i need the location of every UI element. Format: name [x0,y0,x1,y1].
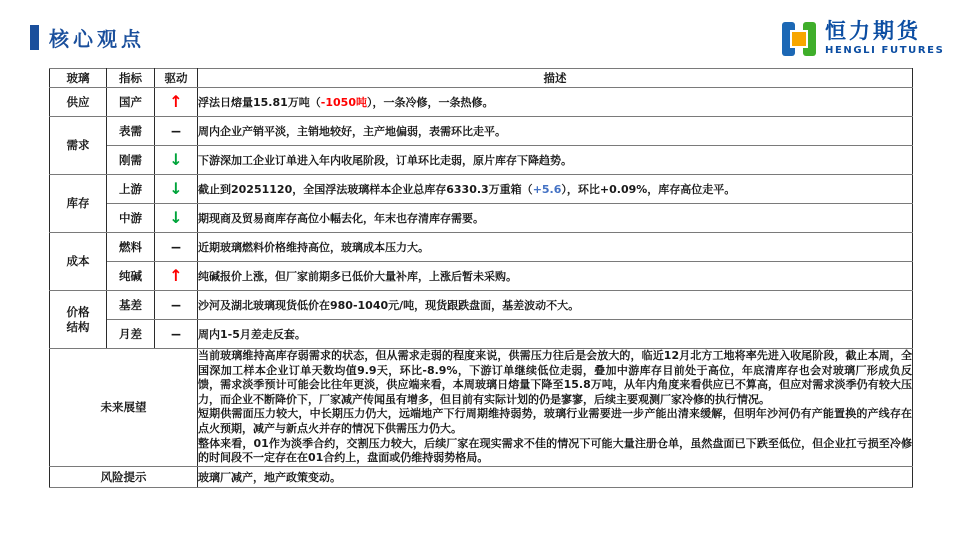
description-cell: 浮法日熔量15.81万吨（-1050吨），一条冷修，一条热修。 [198,88,913,117]
indicator-cell: 中游 [107,204,155,233]
driver-cell: − [155,291,198,320]
driver-cell: − [155,117,198,146]
table-row: 需求表需−周内企业产销平淡，主销地较好，主产地偏弱，表需环比走平。 [50,117,913,146]
indicator-cell: 纯碱 [107,262,155,291]
driver-cell: ↓ [155,204,198,233]
description-text: 周内1-5月差走反套。 [198,328,306,341]
table-row: 月差−周内1-5月差走反套。 [50,320,913,349]
page-title: 核心观点 [49,23,145,52]
group-cell: 库存 [50,175,107,233]
down-arrow-icon: ↓ [169,150,182,169]
description-text: ），环比+0.09%，库存高位走平。 [561,183,735,196]
logo-orange-square [790,30,808,48]
dash-icon: − [170,124,182,140]
indicator-cell: 月差 [107,320,155,349]
description-text: 沙河及湖北玻璃现货低价在980-1040元/吨，现货跟跌盘面，基差波动不大。 [198,299,579,312]
indicator-cell: 上游 [107,175,155,204]
table-row: 刚需↓下游深加工企业订单进入年内收尾阶段，订单环比走弱，原片库存下降趋势。 [50,146,913,175]
description-text: 浮法日熔量15.81万吨（ [198,96,321,109]
driver-cell: ↓ [155,175,198,204]
description-text: ），一条冷修，一条热修。 [367,96,494,109]
group-cell: 供应 [50,88,107,117]
table-row: 成本燃料−近期玻璃燃料价格维持高位，玻璃成本压力大。 [50,233,913,262]
indicator-cell: 国产 [107,88,155,117]
risk-text: 玻璃厂减产，地产政策变动。 [198,466,913,487]
description-cell: 近期玻璃燃料价格维持高位，玻璃成本压力大。 [198,233,913,262]
dash-icon: − [170,240,182,256]
driver-cell: ↓ [155,146,198,175]
description-text: 截止到20251120，全国浮法玻璃样本企业总库存6330.3万重箱（ [198,183,533,196]
brand-name-cn: 恒力期货 [825,21,944,42]
description-text: 下游深加工企业订单进入年内收尾阶段，订单环比走弱，原片库存下降趋势。 [198,154,572,167]
outlook-text: 当前玻璃维持高库存弱需求的状态，但从需求走弱的程度来说，供需压力往后是会放大的，… [198,349,913,467]
table-row: 库存上游↓截止到20251120，全国浮法玻璃样本企业总库存6330.3万重箱（… [50,175,913,204]
table-row: 中游↓期现商及贸易商库存高位小幅去化，年末也存清库存需要。 [50,204,913,233]
outlook-paragraphs: 当前玻璃维持高库存弱需求的状态，但从需求走弱的程度来说，供需压力往后是会放大的，… [198,349,912,466]
description-cell: 截止到20251120，全国浮法玻璃样本企业总库存6330.3万重箱（+5.6）… [198,175,913,204]
highlighted-value: +5.6 [533,183,562,196]
down-arrow-icon: ↓ [169,208,182,227]
core-view-table: 玻璃 指标 驱动 描述 供应国产↑浮法日熔量15.81万吨（-1050吨），一条… [49,68,913,488]
group-cell: 价格 结构 [50,291,107,349]
dash-icon: − [170,327,182,343]
title-accent-bar [30,25,39,50]
indicator-cell: 燃料 [107,233,155,262]
col-header-glass: 玻璃 [50,69,107,88]
indicator-cell: 表需 [107,117,155,146]
outlook-label: 未来展望 [50,349,198,467]
up-arrow-icon: ↑ [169,92,182,111]
brand-name-en: HENGLI FUTURES [825,45,944,56]
outlook-row: 未来展望 当前玻璃维持高库存弱需求的状态，但从需求走弱的程度来说，供需压力往后是… [50,349,913,467]
outlook-paragraph: 当前玻璃维持高库存弱需求的状态，但从需求走弱的程度来说，供需压力往后是会放大的，… [198,349,912,407]
driver-cell: ↑ [155,262,198,291]
risk-row: 风险提示 玻璃厂减产，地产政策变动。 [50,466,913,487]
description-cell: 下游深加工企业订单进入年内收尾阶段，订单环比走弱，原片库存下降趋势。 [198,146,913,175]
description-cell: 周内企业产销平淡，主销地较好，主产地偏弱，表需环比走平。 [198,117,913,146]
highlighted-value: -1050吨 [321,96,367,109]
outlook-paragraph: 整体来看，01作为淡季合约，交割压力较大，后续厂家在现实需求不佳的情况下可能大量… [198,437,912,466]
description-text: 近期玻璃燃料价格维持高位，玻璃成本压力大。 [198,241,429,254]
brand-text: 恒力期货 HENGLI FUTURES [825,21,944,56]
indicator-rows: 供应国产↑浮法日熔量15.81万吨（-1050吨），一条冷修，一条热修。需求表需… [50,88,913,349]
report-slide: 核心观点 恒力期货 HENGLI FUTURES 玻璃 指标 驱动 描述 供应国… [0,0,960,540]
table-row: 纯碱↑纯碱报价上涨，但厂家前期多已低价大量补库，上涨后暂未采购。 [50,262,913,291]
description-text: 纯碱报价上涨，但厂家前期多已低价大量补库，上涨后暂未采购。 [198,270,517,283]
description-cell: 纯碱报价上涨，但厂家前期多已低价大量补库，上涨后暂未采购。 [198,262,913,291]
table-row: 价格 结构基差−沙河及湖北玻璃现货低价在980-1040元/吨，现货跟跌盘面，基… [50,291,913,320]
outlook-paragraph: 短期供需面压力较大，中长期压力仍大，远端地产下行周期维持弱势，玻璃行业需要进一步… [198,407,912,436]
driver-cell: − [155,320,198,349]
col-header-driver: 驱动 [155,69,198,88]
table-header-row: 玻璃 指标 驱动 描述 [50,69,913,88]
hengli-logo-icon [782,22,816,56]
group-cell: 成本 [50,233,107,291]
driver-cell: ↑ [155,88,198,117]
up-arrow-icon: ↑ [169,266,182,285]
description-cell: 沙河及湖北玻璃现货低价在980-1040元/吨，现货跟跌盘面，基差波动不大。 [198,291,913,320]
description-cell: 期现商及贸易商库存高位小幅去化，年末也存清库存需要。 [198,204,913,233]
table-row: 供应国产↑浮法日熔量15.81万吨（-1050吨），一条冷修，一条热修。 [50,88,913,117]
description-text: 期现商及贸易商库存高位小幅去化，年末也存清库存需要。 [198,212,484,225]
group-cell: 需求 [50,117,107,175]
col-header-description: 描述 [198,69,913,88]
indicator-cell: 基差 [107,291,155,320]
brand-logo: 恒力期货 HENGLI FUTURES [782,21,944,56]
driver-cell: − [155,233,198,262]
description-cell: 周内1-5月差走反套。 [198,320,913,349]
col-header-indicator: 指标 [107,69,155,88]
indicator-cell: 刚需 [107,146,155,175]
dash-icon: − [170,298,182,314]
risk-label: 风险提示 [50,466,198,487]
down-arrow-icon: ↓ [169,179,182,198]
description-text: 周内企业产销平淡，主销地较好，主产地偏弱，表需环比走平。 [198,125,506,138]
summary-rows: 未来展望 当前玻璃维持高库存弱需求的状态，但从需求走弱的程度来说，供需压力往后是… [50,349,913,488]
